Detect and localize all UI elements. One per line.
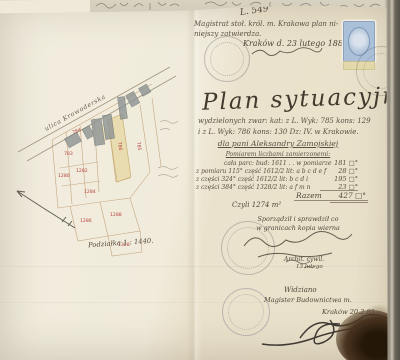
parcel-label: 1282: [76, 168, 88, 174]
table-row-value: 181 □°: [318, 159, 358, 167]
building-footprints: [64, 84, 150, 148]
approval-place-date: Kraków d. 23 lutego 1885.: [243, 39, 351, 49]
table-row-value: 28 □°: [318, 167, 358, 175]
highlighted-lot: [108, 114, 131, 182]
total-label: Razem: [296, 191, 322, 200]
table-row-value: 195 □°: [318, 175, 358, 183]
parcel-label: 786: [116, 141, 123, 151]
seal-inner-ring: [225, 225, 271, 271]
table-row-desc: z pomiaru 115° część 1612/2 lit: a b c d…: [196, 168, 326, 175]
parcel-number-labels: 784 783 1280 1282 1284 786 785 1286 1288…: [58, 127, 142, 248]
metric-note: Czyli 1274 m²: [232, 201, 281, 210]
certification-date: 13 lutego: [296, 264, 323, 271]
plan-document: ulica Krowoderska: [0, 0, 400, 360]
parcel-label: 1280: [58, 173, 70, 179]
parcel-label: 784: [72, 127, 82, 136]
approval-note-line1: Magistrat stoł. król. m. Krakowa plan ni…: [194, 20, 338, 29]
street-lines: [18, 67, 176, 161]
pencil-annotation: [158, 121, 178, 178]
officer-line: Magister Budownictwa m.: [264, 296, 352, 304]
photographed-document-scene: ulica Krowoderska: [0, 0, 400, 360]
parcel-grid: [52, 84, 161, 256]
scale-label: Podziałka 1 : 1440.: [88, 237, 154, 250]
client-line: dla pani Aleksandry Zamojskiej: [198, 139, 358, 148]
total-rule: [294, 200, 368, 201]
certification-line1: Sporządził i sprawdził co: [248, 215, 348, 223]
parcel-label: 783: [64, 151, 73, 157]
parcel-label: 1284: [84, 189, 96, 195]
total-rule-2: [330, 202, 368, 203]
paper-sliver: [0, 0, 90, 13]
yellow-outbuilding: [94, 124, 110, 142]
document-title: Plan sytuacyjny: [202, 83, 361, 117]
seen-label: Widziano: [284, 286, 317, 295]
seal-inner-ring: [208, 40, 246, 78]
parcel-label: 785: [135, 141, 142, 151]
parcel-label: 1288: [110, 212, 122, 218]
street-label: ulica Krowoderska: [44, 93, 108, 132]
seal-inner-ring: [226, 292, 265, 331]
measure-note: Pomiarem liczbami zamierzonemi:: [215, 151, 341, 159]
table-row-desc: z części 324° część 1612/2 lit: b c d i: [196, 176, 308, 183]
table-row-desc: z części 384° część 1328/2 lit: a f m n: [196, 184, 310, 191]
total-value: 427 □°: [322, 191, 366, 200]
crease-line: [0, 266, 400, 268]
builder-round-seal: [220, 286, 272, 338]
table-row-desc: cała parc: bud: 1611 . . w pomiarze: [224, 160, 331, 167]
subtitle-line2: i z L. Wyk: 786 kons: 130 Dz: IV. w Krak…: [198, 128, 358, 137]
subtitle-line1: wydzielonych zwar: kat: z L. Wyk: 785 ko…: [198, 117, 358, 126]
north-arrow: [17, 191, 75, 228]
certifier-role: Archit. cywil.: [284, 256, 324, 264]
parcel-label: 1286: [80, 218, 92, 224]
